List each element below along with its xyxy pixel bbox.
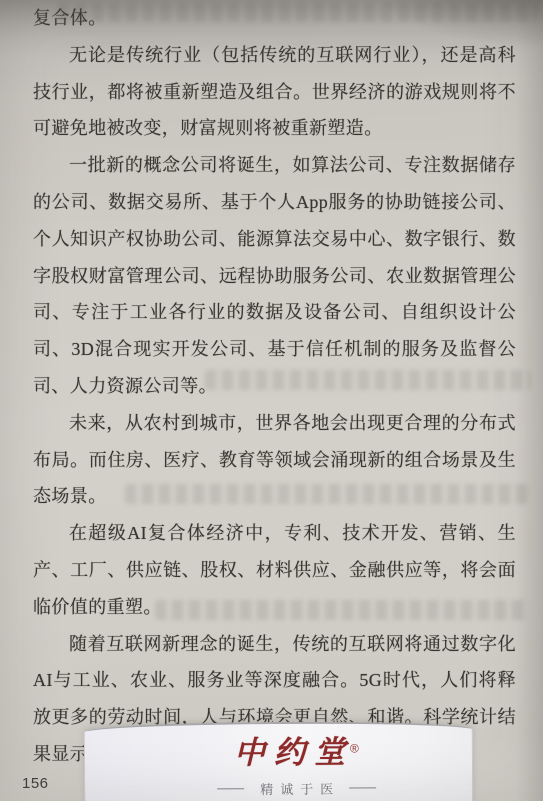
paragraph: 未来，从农村到城市，世界各地会出现更合理的分布式布局。而住房、医疗、教育等领域会…: [33, 405, 516, 515]
paragraph: 无论是传统行业（包括传统的互联网行业），还是高科技行业，都将被重新塑造及组合。世…: [33, 37, 516, 147]
tagline-left-dash: [217, 788, 244, 790]
book-page-photo: 复合体。 无论是传统行业（包括传统的互联网行业），还是高科技行业，都将被重新塑造…: [0, 0, 543, 801]
paragraph: 一批新的概念公司将诞生，如算法公司、专注数据储存的公司、数据交易所、基于个人Ap…: [33, 147, 516, 405]
tagline: 精诚于医: [217, 778, 376, 798]
page-number: 156: [22, 775, 49, 792]
body-text: 复合体。 无论是传统行业（包括传统的互联网行业），还是高科技行业，都将被重新塑造…: [33, 0, 516, 773]
paragraph: 在超级AI复合体经济中，专利、技术开发、营销、生产、工厂、供应链、股权、材料供应…: [33, 515, 516, 625]
tagline-right-dash: [349, 787, 376, 789]
paragraph-continuation: 复合体。: [33, 0, 516, 37]
tagline-text: 精诚于医: [253, 779, 340, 799]
bookmark-card: 中约堂® 精诚于医: [84, 721, 474, 801]
brand-logo-text: 中约堂: [234, 734, 354, 771]
brand-row: 中约堂®: [234, 735, 363, 776]
registered-trademark-icon: ®: [350, 741, 359, 755]
